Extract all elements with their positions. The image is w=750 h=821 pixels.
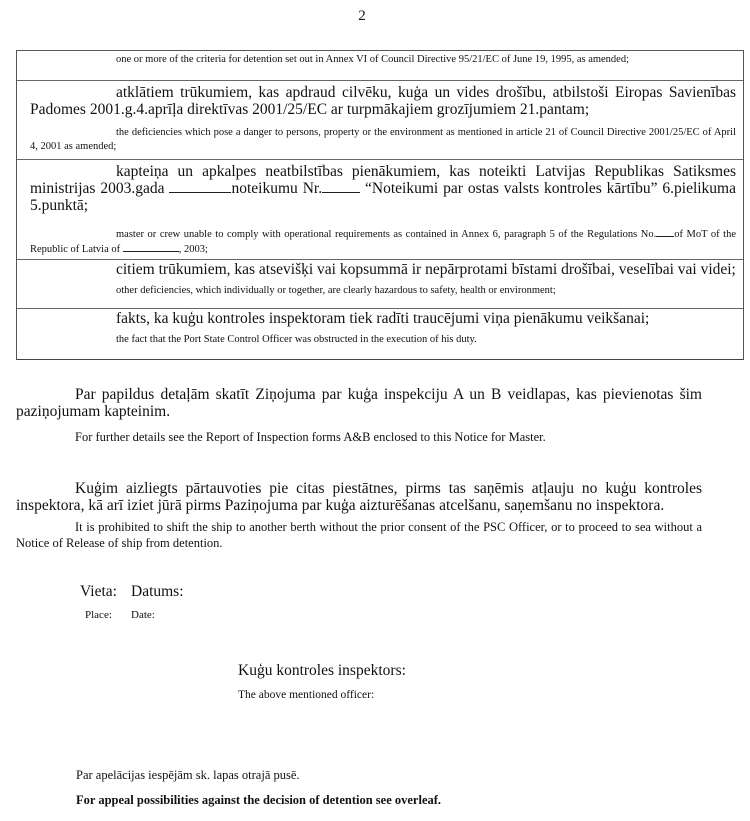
criteria-row-other-deficiencies: citiem trūkumiem, kas atsevišķi vai kops… <box>17 259 743 308</box>
place-label-en: Place: <box>85 609 112 621</box>
details-paragraph-en: For further details see the Report of In… <box>16 429 702 445</box>
detention-criteria-table: one or more of the criteria for detentio… <box>16 50 744 360</box>
details-paragraph-lv: Par papildus detaļām skatīt Ziņojuma par… <box>16 386 702 420</box>
appeal-note-en: For appeal possibilities against the dec… <box>76 793 441 808</box>
regulation-date-blank[interactable] <box>169 180 231 193</box>
criteria-text-en: the fact that the Port State Control Off… <box>17 327 743 347</box>
criteria-text-en: the deficiencies which pose a danger to … <box>17 118 743 154</box>
criteria-row-annex-vi: one or more of the criteria for detentio… <box>17 51 743 80</box>
date-label-en: Date: <box>131 609 155 621</box>
date-label-lv: Datums: <box>131 583 184 601</box>
regulation-number-blank-en[interactable] <box>656 227 674 237</box>
regulation-number-blank[interactable] <box>322 180 360 193</box>
prohibition-paragraph-en: It is prohibited to shift the ship to an… <box>16 519 702 551</box>
criteria-text-lv: kapteiņa un apkalpes neatbilstības pienā… <box>17 160 743 214</box>
officer-label-lv: Kuģu kontroles inspektors: <box>238 662 406 680</box>
regulation-date-blank-en[interactable] <box>123 242 179 252</box>
criteria-text-lv: citiem trūkumiem, kas atsevišķi vai kops… <box>17 260 743 278</box>
page-number: 2 <box>0 8 724 25</box>
criteria-text-en: one or more of the criteria for detentio… <box>17 51 743 67</box>
criteria-text-lv-part2: noteikumu Nr. <box>231 180 322 197</box>
criteria-row-deficiencies-danger: atklātiem trūkumiem, kas apdraud cilvēku… <box>17 80 743 159</box>
criteria-text-en-part3: , 2003; <box>179 244 208 255</box>
criteria-text-en-part1: master or crew unable to comply with ope… <box>116 229 656 240</box>
criteria-row-operational-requirements: kapteiņa un apkalpes neatbilstības pienā… <box>17 159 743 259</box>
prohibition-paragraph-lv: Kuģim aizliegts pārtauvoties pie citas p… <box>16 480 702 514</box>
officer-label-en: The above mentioned officer: <box>238 689 374 701</box>
criteria-text-lv: fakts, ka kuģu kontroles inspektoram tie… <box>17 309 743 327</box>
criteria-text-en: master or crew unable to comply with ope… <box>17 214 743 257</box>
criteria-row-officer-obstructed: fakts, ka kuģu kontroles inspektoram tie… <box>17 308 743 359</box>
criteria-text-en: other deficiencies, which individually o… <box>17 278 743 298</box>
criteria-text-lv: atklātiem trūkumiem, kas apdraud cilvēku… <box>17 81 743 118</box>
appeal-note-lv: Par apelācijas iespējām sk. lapas otrajā… <box>76 768 300 783</box>
place-label-lv: Vieta: <box>80 583 117 601</box>
